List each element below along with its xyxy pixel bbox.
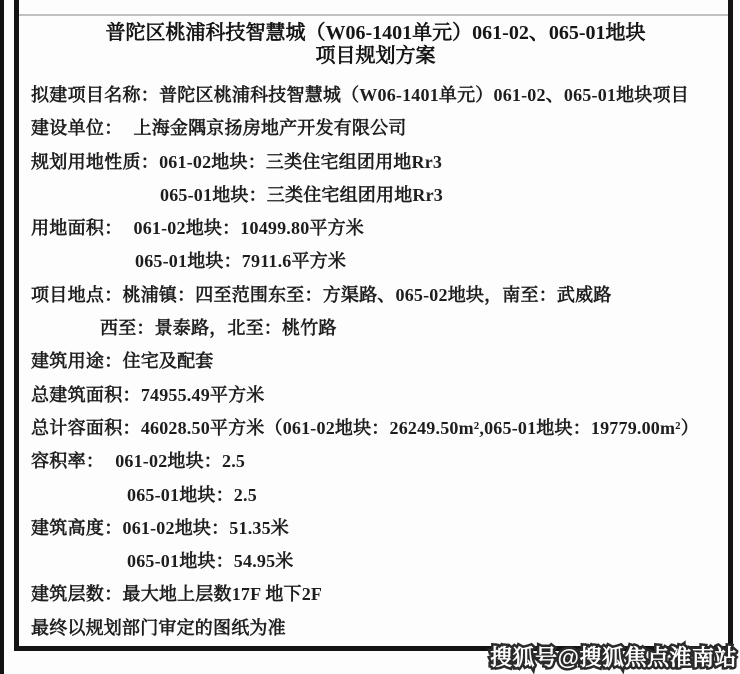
field-row-plot-area: 总计容面积：46028.50平方米（061-02地块：26249.50m²,06…	[31, 412, 720, 445]
field-label: 规划用地性质：	[31, 152, 159, 172]
field-value: 普陀区桃浦科技智慧城（W06-1401单元）061-02、065-01地块项目	[159, 85, 689, 105]
field-row-project-name: 拟建项目名称：普陀区桃浦科技智慧城（W06-1401单元）061-02、065-…	[31, 79, 720, 112]
field-row-land-use: 规划用地性质：061-02地块：三类住宅组团用地Rr3	[31, 146, 720, 179]
field-label: 拟建项目名称：	[31, 85, 159, 105]
document-frame: 普陀区桃浦科技智慧城（W06-1401单元）061-02、065-01地块 项目…	[14, 0, 733, 651]
field-row-location: 项目地点：桃浦镇：四至范围东至：方渠路、065-02地块，南至：武威路	[31, 279, 720, 312]
field-row-land-area: 用地面积：061-02地块：10499.80平方米	[31, 212, 720, 245]
field-label: 用地面积：	[31, 218, 123, 238]
field-value: 74955.49平方米	[141, 385, 265, 405]
field-label: 建筑用途：	[31, 351, 123, 371]
field-label: 建筑层数：	[31, 584, 123, 604]
field-label: 容积率：	[31, 451, 104, 471]
doc-title-line1: 普陀区桃浦科技智慧城（W06-1401单元）061-02、065-01地块	[31, 22, 720, 45]
field-value: 最大地上层数17F 地下2F	[123, 584, 323, 604]
field-row-far: 容积率：061-02地块：2.5	[31, 445, 720, 478]
field-row-land-area-2: 065-01地块：7911.6平方米	[31, 245, 720, 278]
doc-title-line2: 项目规划方案	[31, 45, 720, 68]
field-value: 桃浦镇：四至范围东至：方渠路、065-02地块，南至：武威路	[123, 285, 612, 305]
field-row-floors: 建筑层数：最大地上层数17F 地下2F	[31, 578, 720, 611]
field-value: 061-02地块：51.35米	[123, 518, 290, 538]
outer-border-line	[0, 0, 4, 674]
field-value: 061-02地块：三类住宅组团用地Rr3	[159, 152, 442, 172]
field-label: 建筑高度：	[31, 518, 123, 538]
field-row-developer: 建设单位：上海金隅京扬房地产开发有限公司	[31, 112, 720, 145]
field-value: 上海金隅京扬房地产开发有限公司	[134, 118, 407, 138]
field-value: 061-02地块：10499.80平方米	[134, 218, 365, 238]
field-label: 总计容面积：	[31, 418, 141, 438]
field-value: 西至：景泰路，北至：桃竹路	[100, 318, 337, 338]
document-title: 普陀区桃浦科技智慧城（W06-1401单元）061-02、065-01地块 项目…	[31, 22, 720, 68]
field-label: 建设单位：	[31, 118, 123, 138]
field-value: 065-01地块：54.95米	[127, 551, 294, 571]
field-rows: 拟建项目名称：普陀区桃浦科技智慧城（W06-1401单元）061-02、065-…	[31, 79, 720, 645]
field-label: 总建筑面积：	[31, 385, 141, 405]
field-value: 065-01地块：2.5	[127, 485, 257, 505]
field-row-total-floor-area: 总建筑面积：74955.49平方米	[31, 379, 720, 412]
field-value: 061-02地块：2.5	[115, 451, 245, 471]
field-row-building-height: 建筑高度：061-02地块：51.35米	[31, 512, 720, 545]
field-label: 项目地点：	[31, 285, 123, 305]
document-content: 普陀区桃浦科技智慧城（W06-1401单元）061-02、065-01地块 项目…	[19, 0, 728, 645]
field-row-land-use-2: 065-01地块：三类住宅组团用地Rr3	[31, 179, 720, 212]
field-row-building-use: 建筑用途：住宅及配套	[31, 345, 720, 378]
field-value: 46028.50平方米（061-02地块：26249.50m²,065-01地块…	[141, 418, 699, 438]
field-row-building-height-2: 065-01地块：54.95米	[31, 545, 720, 578]
field-value: 住宅及配套	[123, 351, 214, 371]
field-value: 065-01地块：7911.6平方米	[135, 251, 346, 271]
field-value: 065-01地块：三类住宅组团用地Rr3	[160, 185, 443, 205]
field-value: 最终以规划部门审定的图纸为准	[31, 618, 286, 638]
watermark-text: 搜狐号@搜狐焦点淮南站	[490, 641, 737, 672]
field-row-location-2: 西至：景泰路，北至：桃竹路	[31, 312, 720, 345]
field-row-far-2: 065-01地块：2.5	[31, 479, 720, 512]
